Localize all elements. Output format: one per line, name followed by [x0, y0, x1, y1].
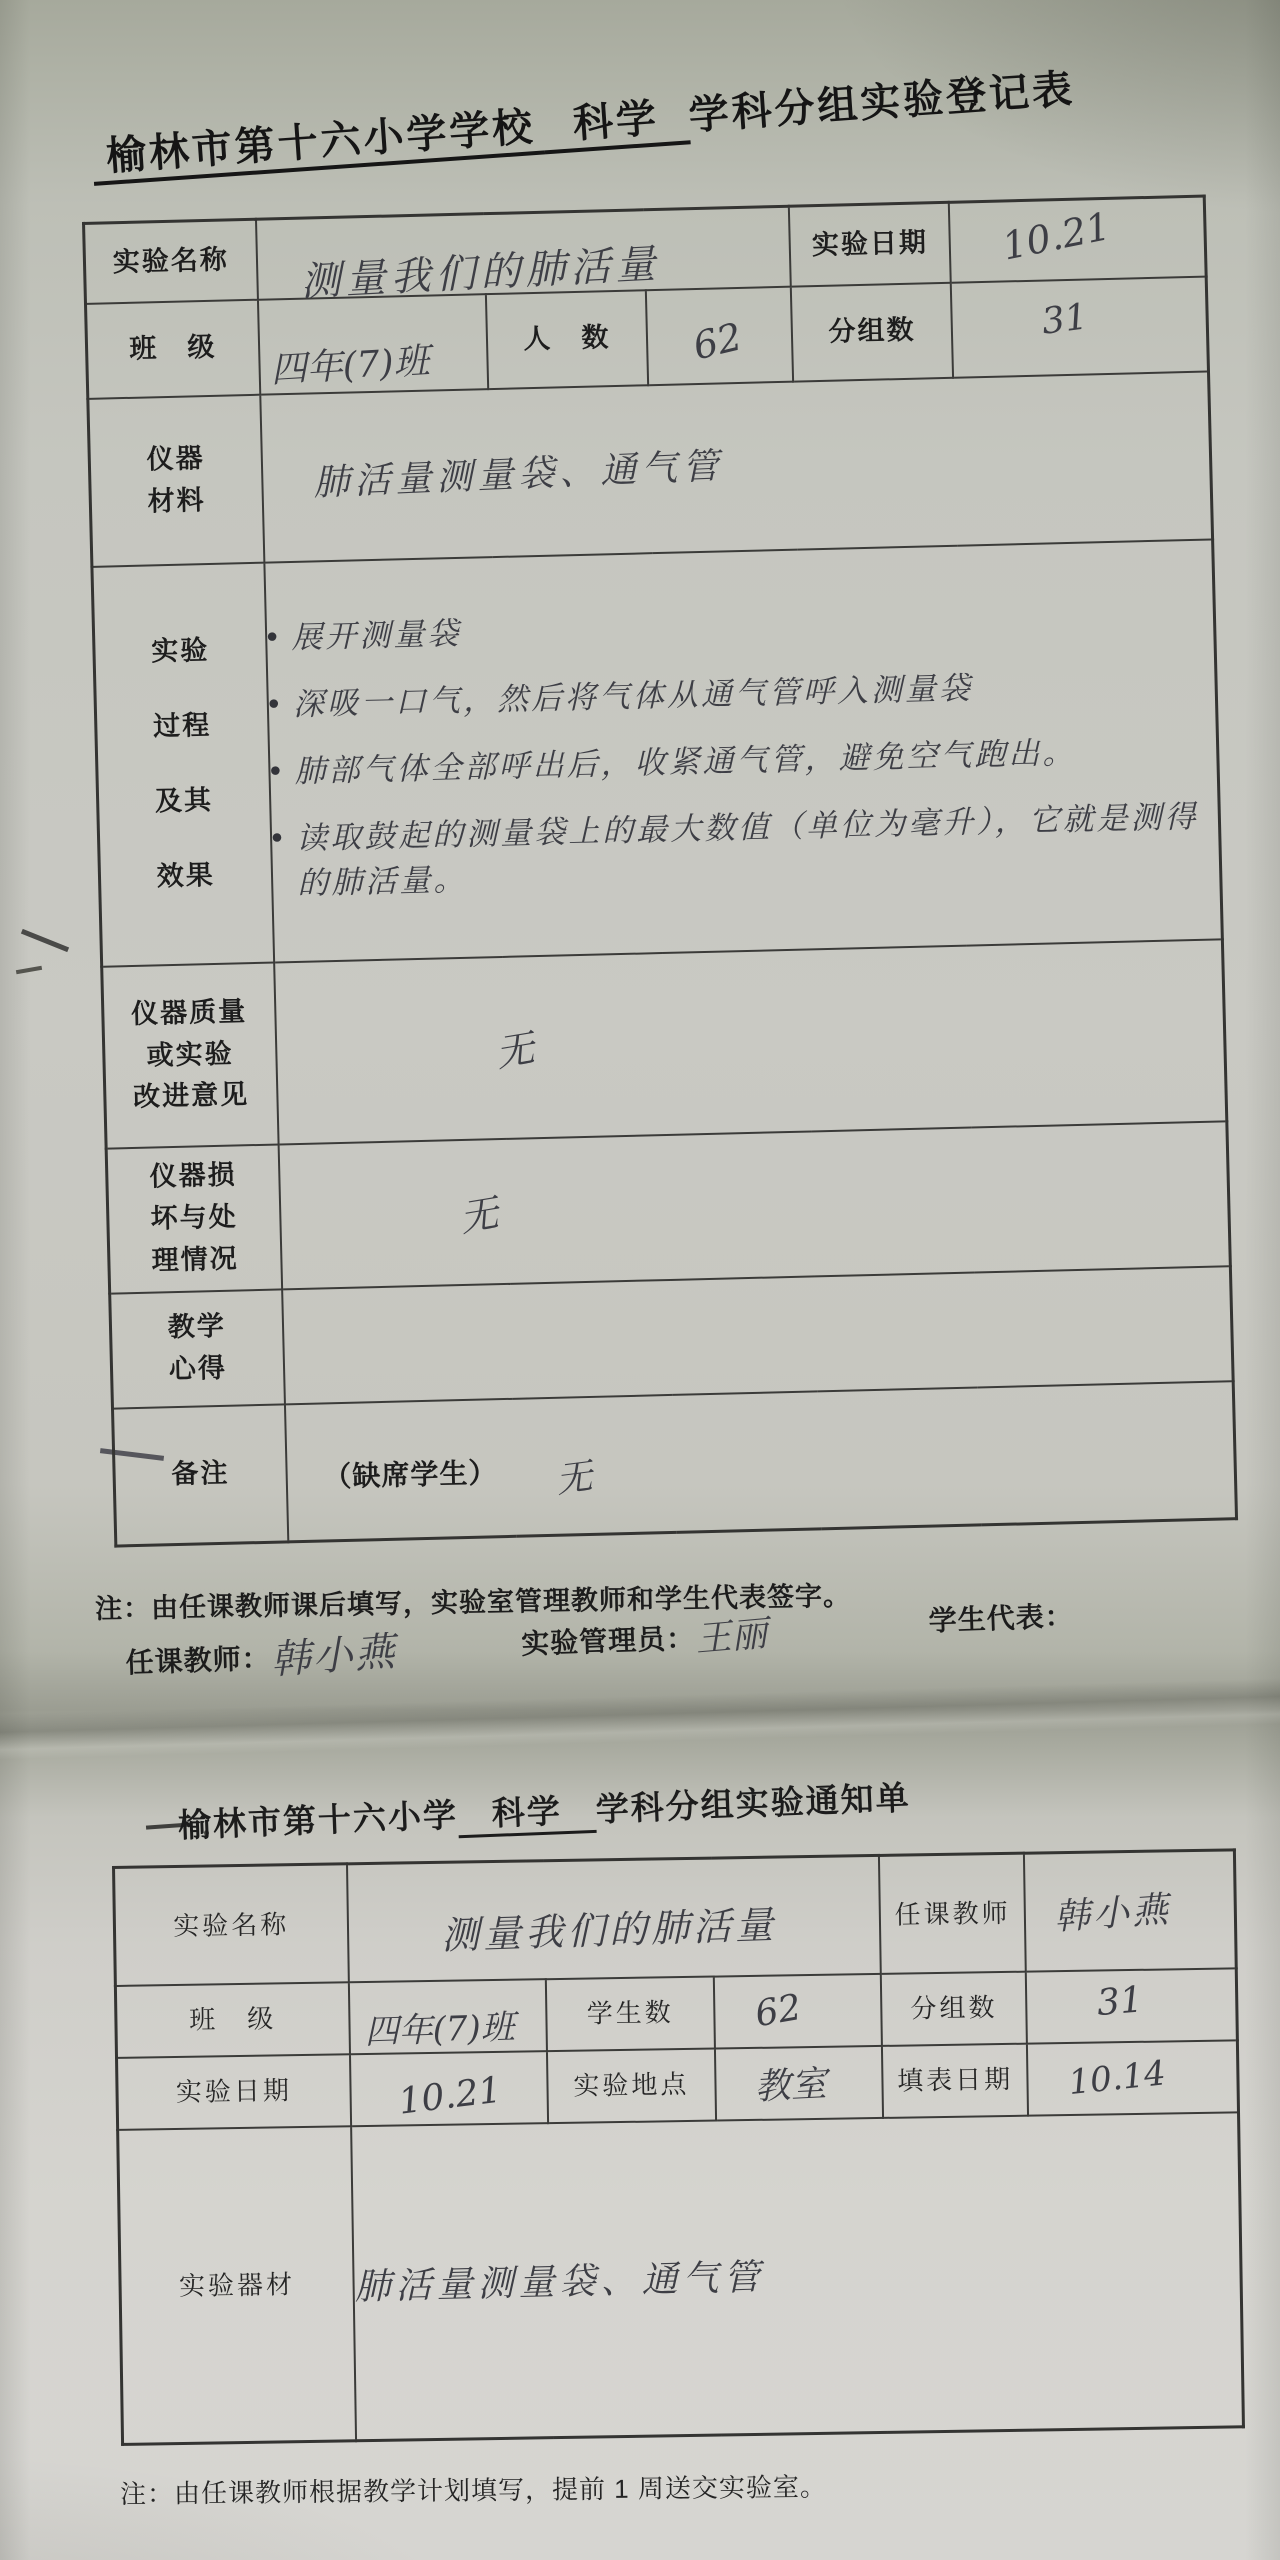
- form2-equipment-cell: 肺活量测量袋、通气管: [351, 2112, 1244, 2441]
- form2-equipment-label: 实验器材: [118, 2126, 356, 2445]
- process-bullet-text: 肺部气体全部呼出后，收紧通气管，避免空气跑出。: [294, 731, 1077, 795]
- signature-manager-label: 实验管理员：: [521, 1623, 696, 1660]
- form2-fill-date-label: 填表日期: [882, 2043, 1028, 2117]
- pen-stray-mark: [16, 966, 42, 974]
- form1-process-label-line: 效果: [101, 853, 272, 899]
- form1-equipment-label: 仪器材料: [88, 394, 264, 566]
- signature-teacher-value: 韩小燕: [269, 1620, 399, 1686]
- form2-teacher-cell: 韩小燕: [1024, 1850, 1236, 1971]
- form1-headcount-label: 人 数: [486, 290, 648, 389]
- form2-experiment-name-label: 实验名称: [114, 1864, 349, 1986]
- form1-class-cell: 四年(7)班: [258, 294, 488, 395]
- form2-class-cell: 四年(7)班: [349, 1979, 547, 2054]
- process-bullet-text: 深吸一口气，然后将气体从通气管呼入测量袋: [292, 666, 973, 728]
- form2-class-label: 班 级: [115, 1982, 349, 2058]
- signature-teacher-label: 任课教师：: [125, 1642, 271, 1678]
- form2-title: 榆林市第十六小学科学学科分组实验通知单: [177, 1772, 911, 1847]
- form1-experiment-name-label: 实验名称: [84, 219, 258, 303]
- form2-experiment-date-cell: 10.21: [350, 2051, 548, 2126]
- form2-table: 实验名称 测量我们的肺活量 任课教师 韩小燕 班 级 四年(7)班 学生数 62…: [112, 1848, 1245, 2446]
- form2-teacher-value: 韩小燕: [1053, 1882, 1173, 1941]
- form2-fill-date-value: 10.14: [1067, 2053, 1168, 2103]
- form2-title-suffix: 学科分组实验通知单: [595, 1779, 911, 1828]
- signature-manager-value: 王丽: [693, 1605, 769, 1662]
- form1-process-label: 实验过程及其效果: [92, 562, 274, 966]
- form2-equipment-value: 肺活量测量袋、通气管: [354, 2249, 765, 2310]
- form1-title: 榆林市第十六小学学校科学学科分组实验登记表: [90, 57, 1077, 183]
- form1-process-label-line: 实验: [95, 629, 266, 675]
- form1-row-equipment: 仪器材料 肺活量测量袋、通气管: [88, 371, 1213, 566]
- signature-manager: 实验管理员：王丽: [520, 1605, 768, 1665]
- form1-quality-cell: 无: [274, 939, 1227, 1144]
- form1-quality-label-line: 仪器质量: [104, 990, 275, 1036]
- form2-teacher-label: 任课教师: [879, 1853, 1026, 1973]
- form1-reflection-cell: [282, 1266, 1233, 1404]
- form1-experiment-date-value: 10.21: [999, 204, 1114, 269]
- form1-reflection-label-line: 教学: [112, 1305, 283, 1351]
- signature-student-label: 学生代表：: [928, 1600, 1074, 1636]
- form2-location-cell: 教室: [715, 2045, 883, 2120]
- form1-damage-value: 无: [455, 1181, 501, 1241]
- form1-title-school: 榆林市第十六小学学校: [91, 105, 545, 186]
- process-bullet: 深吸一口气，然后将气体从通气管呼入测量袋: [268, 661, 1215, 729]
- form1-quality-value: 无: [491, 1017, 537, 1077]
- form1-equipment-label-line: 材料: [91, 478, 262, 524]
- form2-experiment-name-value: 测量我们的肺活量: [440, 1894, 778, 1960]
- form1-headcount-cell: 62: [646, 286, 793, 385]
- form2-title-subject: 科学: [457, 1791, 597, 1838]
- form1-damage-label-line: 仪器损: [108, 1154, 279, 1200]
- form1-equipment-value: 肺活量测量袋、通气管: [312, 438, 724, 506]
- form1-remark-label: 备注: [112, 1404, 287, 1546]
- form2-title-school: 榆林市第十六小学: [177, 1796, 458, 1844]
- form1-quality-label-line: 改进意见: [106, 1074, 277, 1120]
- form2-experiment-name-cell: 测量我们的肺活量: [347, 1855, 881, 1981]
- process-bullet-text: 读取鼓起的测量袋上的最大数值（单位为毫升），它就是测得的肺活量。: [296, 794, 1220, 906]
- form1-class-label: 班 级: [85, 299, 259, 398]
- form1-damage-cell: 无: [278, 1121, 1230, 1289]
- form1-process-label-line: 过程: [97, 704, 268, 750]
- pen-stray-mark: [21, 929, 69, 952]
- form2-group-count-value: 31: [1096, 1979, 1145, 2024]
- form1-damage-label-line: 坏与处: [109, 1196, 280, 1242]
- form1-damage-label: 仪器损坏与处理情况: [106, 1144, 282, 1293]
- form1-experiment-name-cell: 测量我们的肺活量: [256, 206, 791, 299]
- form1-group-count-value: 31: [1040, 296, 1091, 343]
- form1-experiment-date-label: 实验日期: [789, 202, 951, 286]
- form2-student-count-cell: 62: [714, 1973, 882, 2048]
- form1-row-process: 实验过程及其效果 展开测量袋 深吸一口气，然后将气体从通气管呼入测量袋 肺部气体…: [92, 539, 1222, 966]
- form1-reflection-label-line: 心得: [113, 1346, 284, 1392]
- form1-process-cell: 展开测量袋 深吸一口气，然后将气体从通气管呼入测量袋 肺部气体全部呼出后，收紧通…: [264, 539, 1222, 962]
- form1-experiment-date-cell: 10.21: [949, 196, 1206, 282]
- form1-remark-prefix: （缺席学生）: [323, 1457, 498, 1492]
- signature-student: 学生代表：: [928, 1594, 1074, 1639]
- form1-equipment-cell: 肺活量测量袋、通气管: [260, 371, 1213, 562]
- form2-experiment-date-value: 10.21: [396, 2070, 503, 2123]
- form1-group-count-cell: 31: [951, 276, 1209, 377]
- form2-group-count-cell: 31: [1026, 1968, 1237, 2043]
- form1-quality-label-line: 或实验: [105, 1032, 276, 1078]
- form1-damage-label-line: 理情况: [110, 1237, 281, 1283]
- form2-row-equipment: 实验器材 肺活量测量袋、通气管: [118, 2112, 1244, 2445]
- form2-footnote: 注：由任课教师根据教学计划填写，提前 1 周送交实验室。: [120, 2467, 827, 2511]
- process-bullet: 读取鼓起的测量袋上的最大数值（单位为毫升），它就是测得的肺活量。: [271, 794, 1219, 907]
- process-bullet: 展开测量袋: [266, 594, 1213, 662]
- form1-title-subject: 科学: [542, 94, 691, 154]
- form1-reflection-label: 教学心得: [110, 1289, 285, 1408]
- form1-title-suffix: 学科分组实验登记表: [687, 67, 1076, 138]
- form2-student-count-value: 62: [752, 1987, 804, 2035]
- form2-location-label: 实验地点: [547, 2048, 716, 2123]
- form2-location-value: 教室: [753, 2056, 828, 2111]
- form1-process-label-line: 及其: [99, 779, 270, 825]
- form1-row-remark: 备注 （缺席学生）无: [112, 1381, 1236, 1546]
- signature-teacher: 任课教师：韩小燕: [124, 1618, 397, 1684]
- form1-group-count-label: 分组数: [791, 282, 953, 381]
- form2-experiment-date-label: 实验日期: [117, 2054, 351, 2130]
- process-bullet: 肺部气体全部呼出后，收紧通气管，避免空气跑出。: [270, 727, 1217, 795]
- form1-row-damage: 仪器损坏与处理情况 无: [106, 1121, 1230, 1293]
- form2-class-value: 四年(7)班: [363, 1999, 515, 2053]
- form1-quality-label: 仪器质量或实验改进意见: [102, 962, 279, 1148]
- process-bullet-text: 展开测量袋: [291, 612, 462, 661]
- form1-row-quality: 仪器质量或实验改进意见 无: [102, 939, 1227, 1148]
- form1-table: 实验名称 测量我们的肺活量 实验日期 10.21 班 级 四年(7)班 人 数 …: [82, 195, 1238, 1548]
- form1-class-value: 四年(7)班: [269, 332, 431, 392]
- form2-group-count-label: 分组数: [881, 1971, 1027, 2045]
- form1-headcount-value: 62: [689, 314, 746, 368]
- form1-remark-value: 无: [552, 1448, 594, 1503]
- form1-remark-cell: （缺席学生）无: [285, 1381, 1237, 1542]
- form2-student-count-label: 学生数: [546, 1976, 715, 2051]
- photo-of-paper-forms: { "form1": { "title": { "school": "榆林市第十…: [0, 0, 1280, 2560]
- form2-row-name-teacher: 实验名称 测量我们的肺活量 任课教师 韩小燕: [114, 1850, 1237, 1986]
- form1-equipment-label-line: 仪器: [90, 436, 261, 482]
- form2-fill-date-cell: 10.14: [1027, 2040, 1238, 2115]
